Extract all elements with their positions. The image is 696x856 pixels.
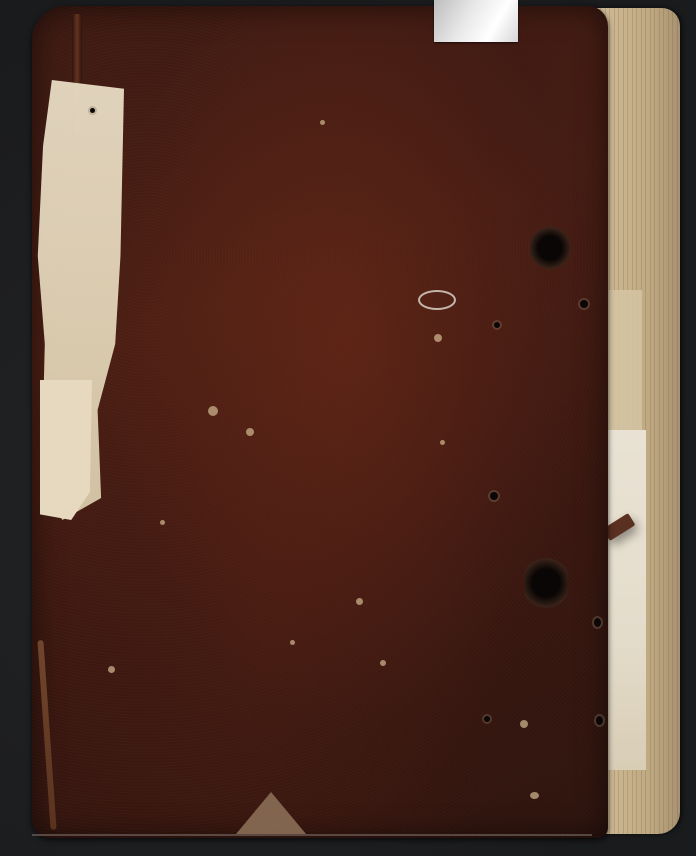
leather-fleck xyxy=(160,520,165,525)
cover-bottom-edge xyxy=(32,834,592,836)
worm-hole xyxy=(490,492,498,500)
exposed-board-patch xyxy=(40,380,92,520)
worm-hole xyxy=(494,322,500,328)
leather-fleck xyxy=(520,720,528,728)
wormhole-cluster-lower xyxy=(524,556,568,610)
worm-hole xyxy=(594,618,601,627)
leather-fleck xyxy=(440,440,445,445)
leather-fleck xyxy=(320,120,325,125)
book-photo xyxy=(0,0,696,856)
wormhole-cluster-upper xyxy=(530,226,570,270)
leather-fleck xyxy=(380,660,386,666)
leather-fleck xyxy=(108,666,115,673)
white-label-tab xyxy=(434,0,518,42)
leather-fleck xyxy=(208,406,218,416)
leather-fleck xyxy=(290,640,295,645)
oval-scuff-mark xyxy=(418,290,456,310)
worm-hole xyxy=(90,108,95,113)
worm-hole xyxy=(580,300,588,308)
leather-fleck xyxy=(530,792,539,799)
worm-hole xyxy=(596,716,603,725)
endpaper xyxy=(602,430,646,770)
endpaper-stain xyxy=(602,290,642,430)
worm-hole xyxy=(484,716,490,722)
leather-fleck xyxy=(246,428,254,436)
leather-fleck xyxy=(356,598,363,605)
leather-fleck xyxy=(434,334,442,342)
